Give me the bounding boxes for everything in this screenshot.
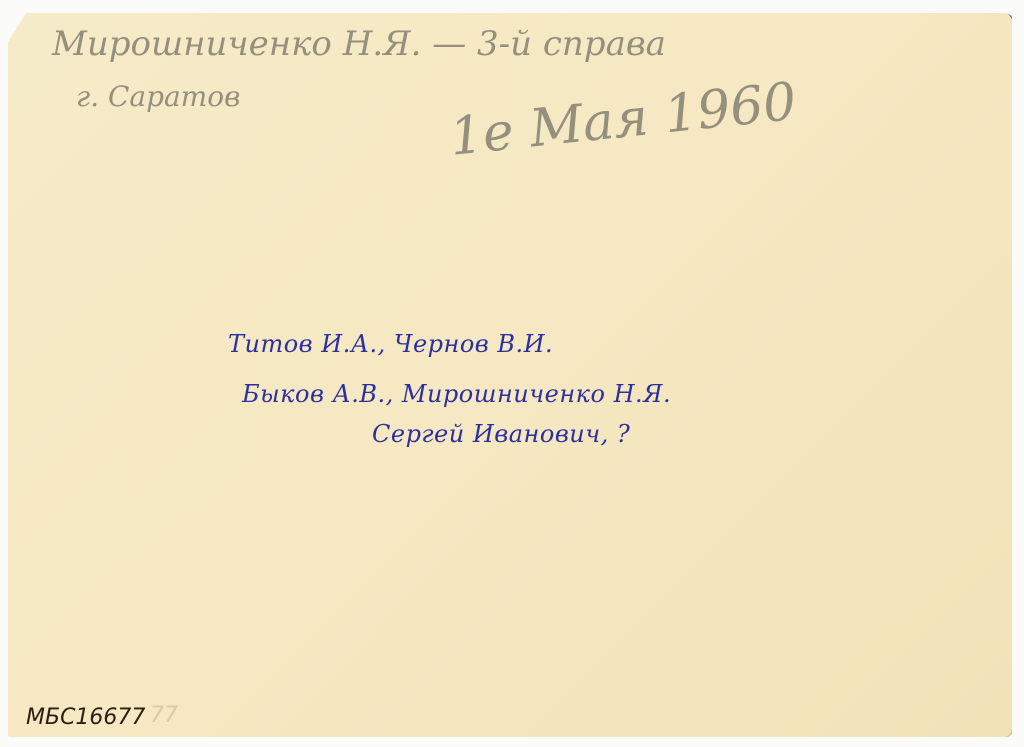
faint-archive-number-shadow: 77 xyxy=(150,703,178,728)
ink-caption-line-3: Сергей Иванович, ? xyxy=(372,420,630,448)
ink-caption-line-1: Титов И.А., Чернов В.И. xyxy=(228,330,553,358)
pencil-note-name: Мирошниченко Н.Я. — 3-й справа xyxy=(52,24,666,64)
pencil-note-city: г. Саратов xyxy=(76,80,240,113)
ink-caption-line-2: Быков А.В., Мирошниченко Н.Я. xyxy=(242,380,671,408)
archive-number: МБС16677 xyxy=(26,705,145,730)
